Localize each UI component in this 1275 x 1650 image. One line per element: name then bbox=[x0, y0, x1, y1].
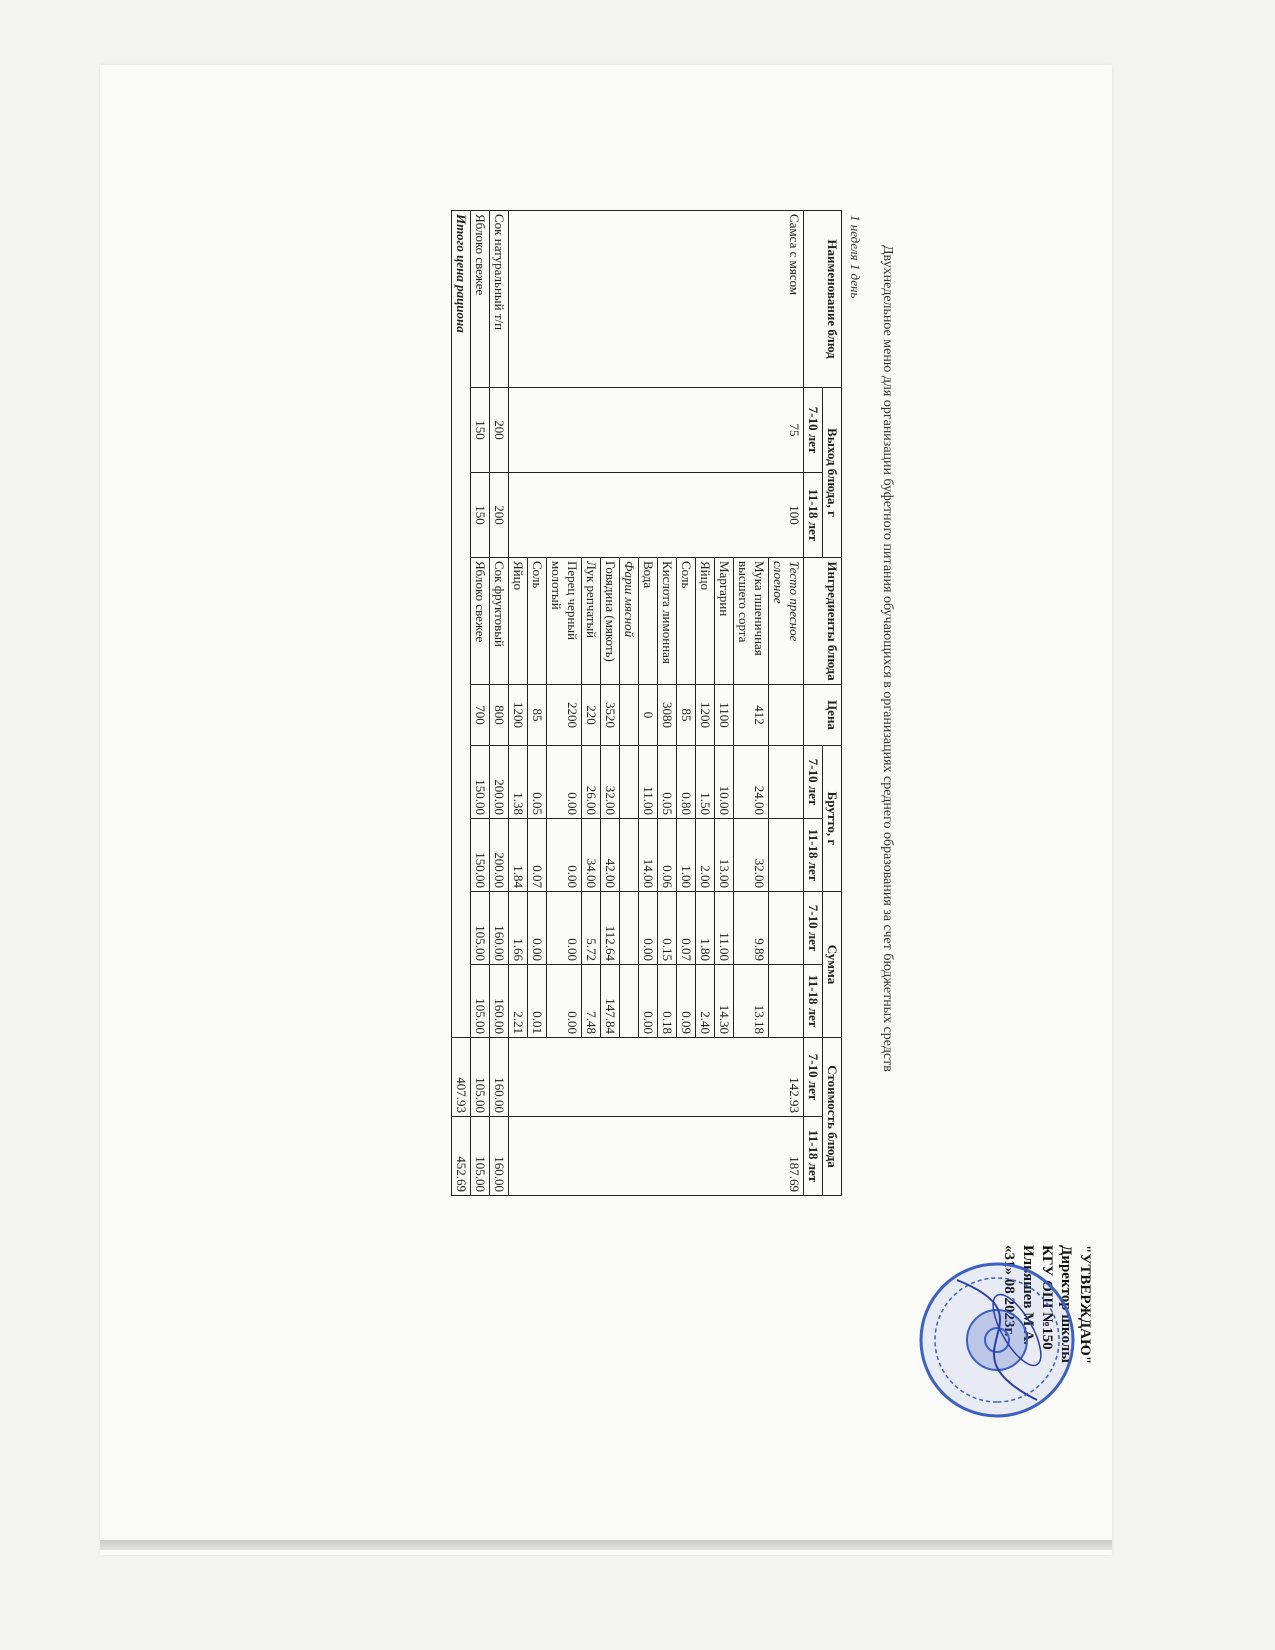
sum-7-10: 11.00 bbox=[715, 892, 734, 965]
brutto-11-18: 1.84 bbox=[509, 819, 528, 892]
sum-11-18: 0.01 bbox=[528, 965, 547, 1038]
header-ingredients: Ингредиенты блюда bbox=[804, 558, 842, 685]
header-age: 7-10 лет bbox=[804, 388, 823, 473]
ingredient-name: Яйцо bbox=[509, 558, 528, 685]
table-row: Яблоко свежее150150Яблоко свежее700150.0… bbox=[471, 211, 490, 1196]
header-age: 11-18 лет bbox=[804, 473, 823, 558]
ingredient-price bbox=[769, 685, 804, 746]
ingredient-name: Кислота лимонная bbox=[658, 558, 677, 685]
brutto-7-10: 0.05 bbox=[658, 746, 677, 819]
ingredient-name: Тесто пресное слоеное bbox=[769, 558, 804, 685]
brutto-7-10: 0.00 bbox=[547, 746, 582, 819]
sum-11-18: 147.84 bbox=[601, 965, 620, 1038]
brutto-11-18 bbox=[769, 819, 804, 892]
sum-11-18: 14.30 bbox=[715, 965, 734, 1038]
brutto-7-10: 1.38 bbox=[509, 746, 528, 819]
brutto-11-18 bbox=[620, 819, 639, 892]
menu-table: Наименование блюд Выход блюда, г Ингреди… bbox=[451, 210, 842, 1196]
sum-11-18: 2.21 bbox=[509, 965, 528, 1038]
header-sum: Сумма bbox=[823, 892, 842, 1038]
ingredient-name: Сок фруктовый bbox=[490, 558, 509, 685]
ingredient-price: 0 bbox=[639, 685, 658, 746]
header-age: 7-10 лет bbox=[804, 1038, 823, 1117]
brutto-11-18: 150.00 bbox=[471, 819, 490, 892]
brutto-11-18: 1.00 bbox=[677, 819, 696, 892]
sum-7-10: 112.64 bbox=[601, 892, 620, 965]
school-stamp-icon bbox=[917, 1260, 1077, 1420]
header-cost: Стоимость блюда bbox=[823, 1038, 842, 1196]
ingredient-name: Перец черный молотый bbox=[547, 558, 582, 685]
header-name: Наименование блюд bbox=[804, 211, 842, 388]
sum-7-10: 0.00 bbox=[528, 892, 547, 965]
sum-7-10 bbox=[769, 892, 804, 965]
sum-7-10: 0.00 bbox=[547, 892, 582, 965]
sum-11-18: 0.00 bbox=[547, 965, 582, 1038]
header-yield: Выход блюда, г bbox=[823, 388, 842, 558]
sum-7-10: 5.72 bbox=[582, 892, 601, 965]
dish-cost-7-10: 160.00 bbox=[490, 1038, 509, 1117]
brutto-7-10: 26.00 bbox=[582, 746, 601, 819]
brutto-7-10: 24.00 bbox=[734, 746, 769, 819]
header-age: 11-18 лет bbox=[804, 819, 823, 892]
week-day-label: 1 неделя 1 день bbox=[847, 215, 863, 298]
brutto-11-18: 0.00 bbox=[547, 819, 582, 892]
header-age: 7-10 лет bbox=[804, 746, 823, 819]
ingredient-price: 1200 bbox=[696, 685, 715, 746]
dish-cost-7-10: 105.00 bbox=[471, 1038, 490, 1117]
brutto-7-10: 200.00 bbox=[490, 746, 509, 819]
ingredient-price: 1100 bbox=[715, 685, 734, 746]
sum-7-10: 1.66 bbox=[509, 892, 528, 965]
header-brutto: Брутто, г bbox=[823, 746, 842, 892]
sum-11-18: 0.18 bbox=[658, 965, 677, 1038]
dish-cost-11-18: 160.00 bbox=[490, 1117, 509, 1196]
sum-7-10: 9.89 bbox=[734, 892, 769, 965]
ingredient-price: 412 bbox=[734, 685, 769, 746]
sum-11-18: 160.00 bbox=[490, 965, 509, 1038]
sum-7-10: 0.07 bbox=[677, 892, 696, 965]
yield-7-10: 150 bbox=[471, 388, 490, 473]
sum-7-10: 160.00 bbox=[490, 892, 509, 965]
yield-11-18: 200 bbox=[490, 473, 509, 558]
total-cost-7-10: 407.93 bbox=[452, 1038, 471, 1117]
brutto-11-18: 200.00 bbox=[490, 819, 509, 892]
header-price: Цена bbox=[804, 685, 842, 746]
sum-11-18 bbox=[620, 965, 639, 1038]
sum-11-18: 0.09 bbox=[677, 965, 696, 1038]
sum-7-10: 105.00 bbox=[471, 892, 490, 965]
brutto-7-10: 150.00 bbox=[471, 746, 490, 819]
brutto-7-10: 32.00 bbox=[601, 746, 620, 819]
brutto-11-18: 32.00 bbox=[734, 819, 769, 892]
ingredient-price bbox=[620, 685, 639, 746]
sum-7-10: 1.80 bbox=[696, 892, 715, 965]
ingredient-name: Маргарин bbox=[715, 558, 734, 685]
ingredient-name: Соль bbox=[528, 558, 547, 685]
brutto-11-18: 34.00 bbox=[582, 819, 601, 892]
yield-7-10: 200 bbox=[490, 388, 509, 473]
rotated-document: "УТВЕРЖДАЮ" Директор школы КГУ ОШ №150 И… bbox=[100, 65, 1112, 1555]
total-label: Итого цена рациона bbox=[452, 211, 471, 1038]
total-row: Итого цена рациона407.93452.69 bbox=[452, 211, 471, 1196]
dish-name: Самса с мясом bbox=[509, 211, 804, 388]
sum-11-18: 0.00 bbox=[639, 965, 658, 1038]
ingredient-price: 3520 bbox=[601, 685, 620, 746]
document-title: Двухнедельное меню для организации буфет… bbox=[879, 245, 895, 1245]
ingredient-name: Лук репчатый bbox=[582, 558, 601, 685]
brutto-11-18: 42.00 bbox=[601, 819, 620, 892]
sum-7-10: 0.15 bbox=[658, 892, 677, 965]
sum-7-10: 0.00 bbox=[639, 892, 658, 965]
dish-cost-7-10: 142.93 bbox=[509, 1038, 804, 1117]
brutto-7-10 bbox=[620, 746, 639, 819]
brutto-11-18: 2.00 bbox=[696, 819, 715, 892]
dish-cost-11-18: 105.00 bbox=[471, 1117, 490, 1196]
yield-7-10: 75 bbox=[509, 388, 804, 473]
ingredient-name: Фарш мясной bbox=[620, 558, 639, 685]
sum-11-18 bbox=[769, 965, 804, 1038]
sum-7-10 bbox=[620, 892, 639, 965]
ingredient-name: Вода bbox=[639, 558, 658, 685]
table-row: Самса с мясом75100Тесто пресное слоеное1… bbox=[769, 211, 804, 1196]
brutto-7-10: 0.80 bbox=[677, 746, 696, 819]
brutto-7-10: 11.00 bbox=[639, 746, 658, 819]
ingredient-price: 2200 bbox=[547, 685, 582, 746]
header-age: 11-18 лет bbox=[804, 1117, 823, 1196]
dish-name: Сок натуральный т/п bbox=[490, 211, 509, 388]
ingredient-name: Говядина (мякоть) bbox=[601, 558, 620, 685]
brutto-7-10: 1.50 bbox=[696, 746, 715, 819]
yield-11-18: 100 bbox=[509, 473, 804, 558]
sum-11-18: 13.18 bbox=[734, 965, 769, 1038]
ingredient-name: Яйцо bbox=[696, 558, 715, 685]
yield-11-18: 150 bbox=[471, 473, 490, 558]
dish-name: Яблоко свежее bbox=[471, 211, 490, 388]
brutto-11-18: 0.07 bbox=[528, 819, 547, 892]
total-cost-11-18: 452.69 bbox=[452, 1117, 471, 1196]
menu-table-body: Самса с мясом75100Тесто пресное слоеное1… bbox=[452, 211, 804, 1196]
ingredient-name: Соль bbox=[677, 558, 696, 685]
table-row: Сок натуральный т/п200200Сок фруктовый80… bbox=[490, 211, 509, 1196]
sum-11-18: 2.40 bbox=[696, 965, 715, 1038]
brutto-11-18: 0.06 bbox=[658, 819, 677, 892]
approval-line: "УТВЕРЖДАЮ" bbox=[1075, 1245, 1094, 1465]
brutto-11-18: 14.00 bbox=[639, 819, 658, 892]
ingredient-price: 1200 bbox=[509, 685, 528, 746]
ingredient-name: Яблоко свежее bbox=[471, 558, 490, 685]
ingredient-price: 700 bbox=[471, 685, 490, 746]
ingredient-price: 85 bbox=[528, 685, 547, 746]
ingredient-price: 3080 bbox=[658, 685, 677, 746]
sum-11-18: 105.00 bbox=[471, 965, 490, 1038]
brutto-7-10: 10.00 bbox=[715, 746, 734, 819]
ingredient-price: 800 bbox=[490, 685, 509, 746]
brutto-11-18: 13.00 bbox=[715, 819, 734, 892]
ingredient-name: Мука пшеничная высшего сорта bbox=[734, 558, 769, 685]
header-age: 7-10 лет bbox=[804, 892, 823, 965]
dish-cost-11-18: 187.69 bbox=[509, 1117, 804, 1196]
sum-11-18: 7.48 bbox=[582, 965, 601, 1038]
ingredient-price: 85 bbox=[677, 685, 696, 746]
brutto-7-10: 0.05 bbox=[528, 746, 547, 819]
header-age: 11-18 лет bbox=[804, 965, 823, 1038]
ingredient-price: 220 bbox=[582, 685, 601, 746]
brutto-7-10 bbox=[769, 746, 804, 819]
